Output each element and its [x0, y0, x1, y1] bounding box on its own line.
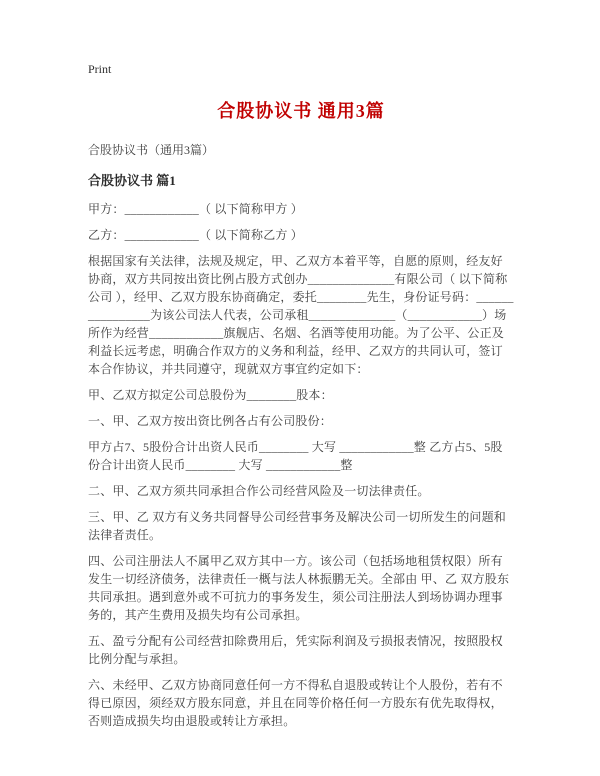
paragraph: 乙方：____________（ 以下简称乙方 ）	[88, 226, 514, 244]
paragraph: 四、公司注册法人不属甲乙双方其中一方。该公司（包括场地租赁权限）所有发生一切经济…	[88, 552, 514, 624]
paragraph: 六、未经甲、乙双方协商同意任何一方不得私自退股或转让个人股份，若有不得已原因，须…	[88, 676, 514, 730]
paragraph: 甲、乙双方拟定公司总股份为________股本：	[88, 386, 514, 404]
document-page: Print 合股协议书 通用3篇 合股协议书（通用3篇） 合股协议书 篇1 甲方…	[0, 0, 600, 776]
paragraph: 三、甲、乙 双方有义务共同督导公司经营事务及解决公司一切所发生的问题和法律者责任…	[88, 508, 514, 544]
section-heading: 合股协议书 篇1	[88, 170, 514, 189]
document-body: 甲方：____________（ 以下简称甲方 ）乙方：____________…	[88, 200, 514, 730]
paragraph: 一、甲、乙双方按出资比例各占有公司股份：	[88, 412, 514, 430]
paragraph: 甲方：____________（ 以下简称甲方 ）	[88, 200, 514, 218]
print-link[interactable]: Print	[88, 62, 111, 77]
paragraph: 甲方占7、5股份合计出资人民币________ 大写 ____________整…	[88, 438, 514, 474]
page-title: 合股协议书 通用3篇	[88, 97, 514, 123]
paragraph: 五、盈亏分配有公司经营扣除费用后，凭实际利润及亏损报表情况，按照股权比例分配与承…	[88, 632, 514, 668]
doc-subtitle: 合股协议书（通用3篇）	[88, 141, 514, 158]
paragraph: 二、甲、乙双方须共同承担合作公司经营风险及一切法律责任。	[88, 482, 514, 500]
paragraph: 根据国家有关法律，法规及规定，甲、乙双方本着平等，自愿的原则，经友好协商，双方共…	[88, 252, 514, 378]
